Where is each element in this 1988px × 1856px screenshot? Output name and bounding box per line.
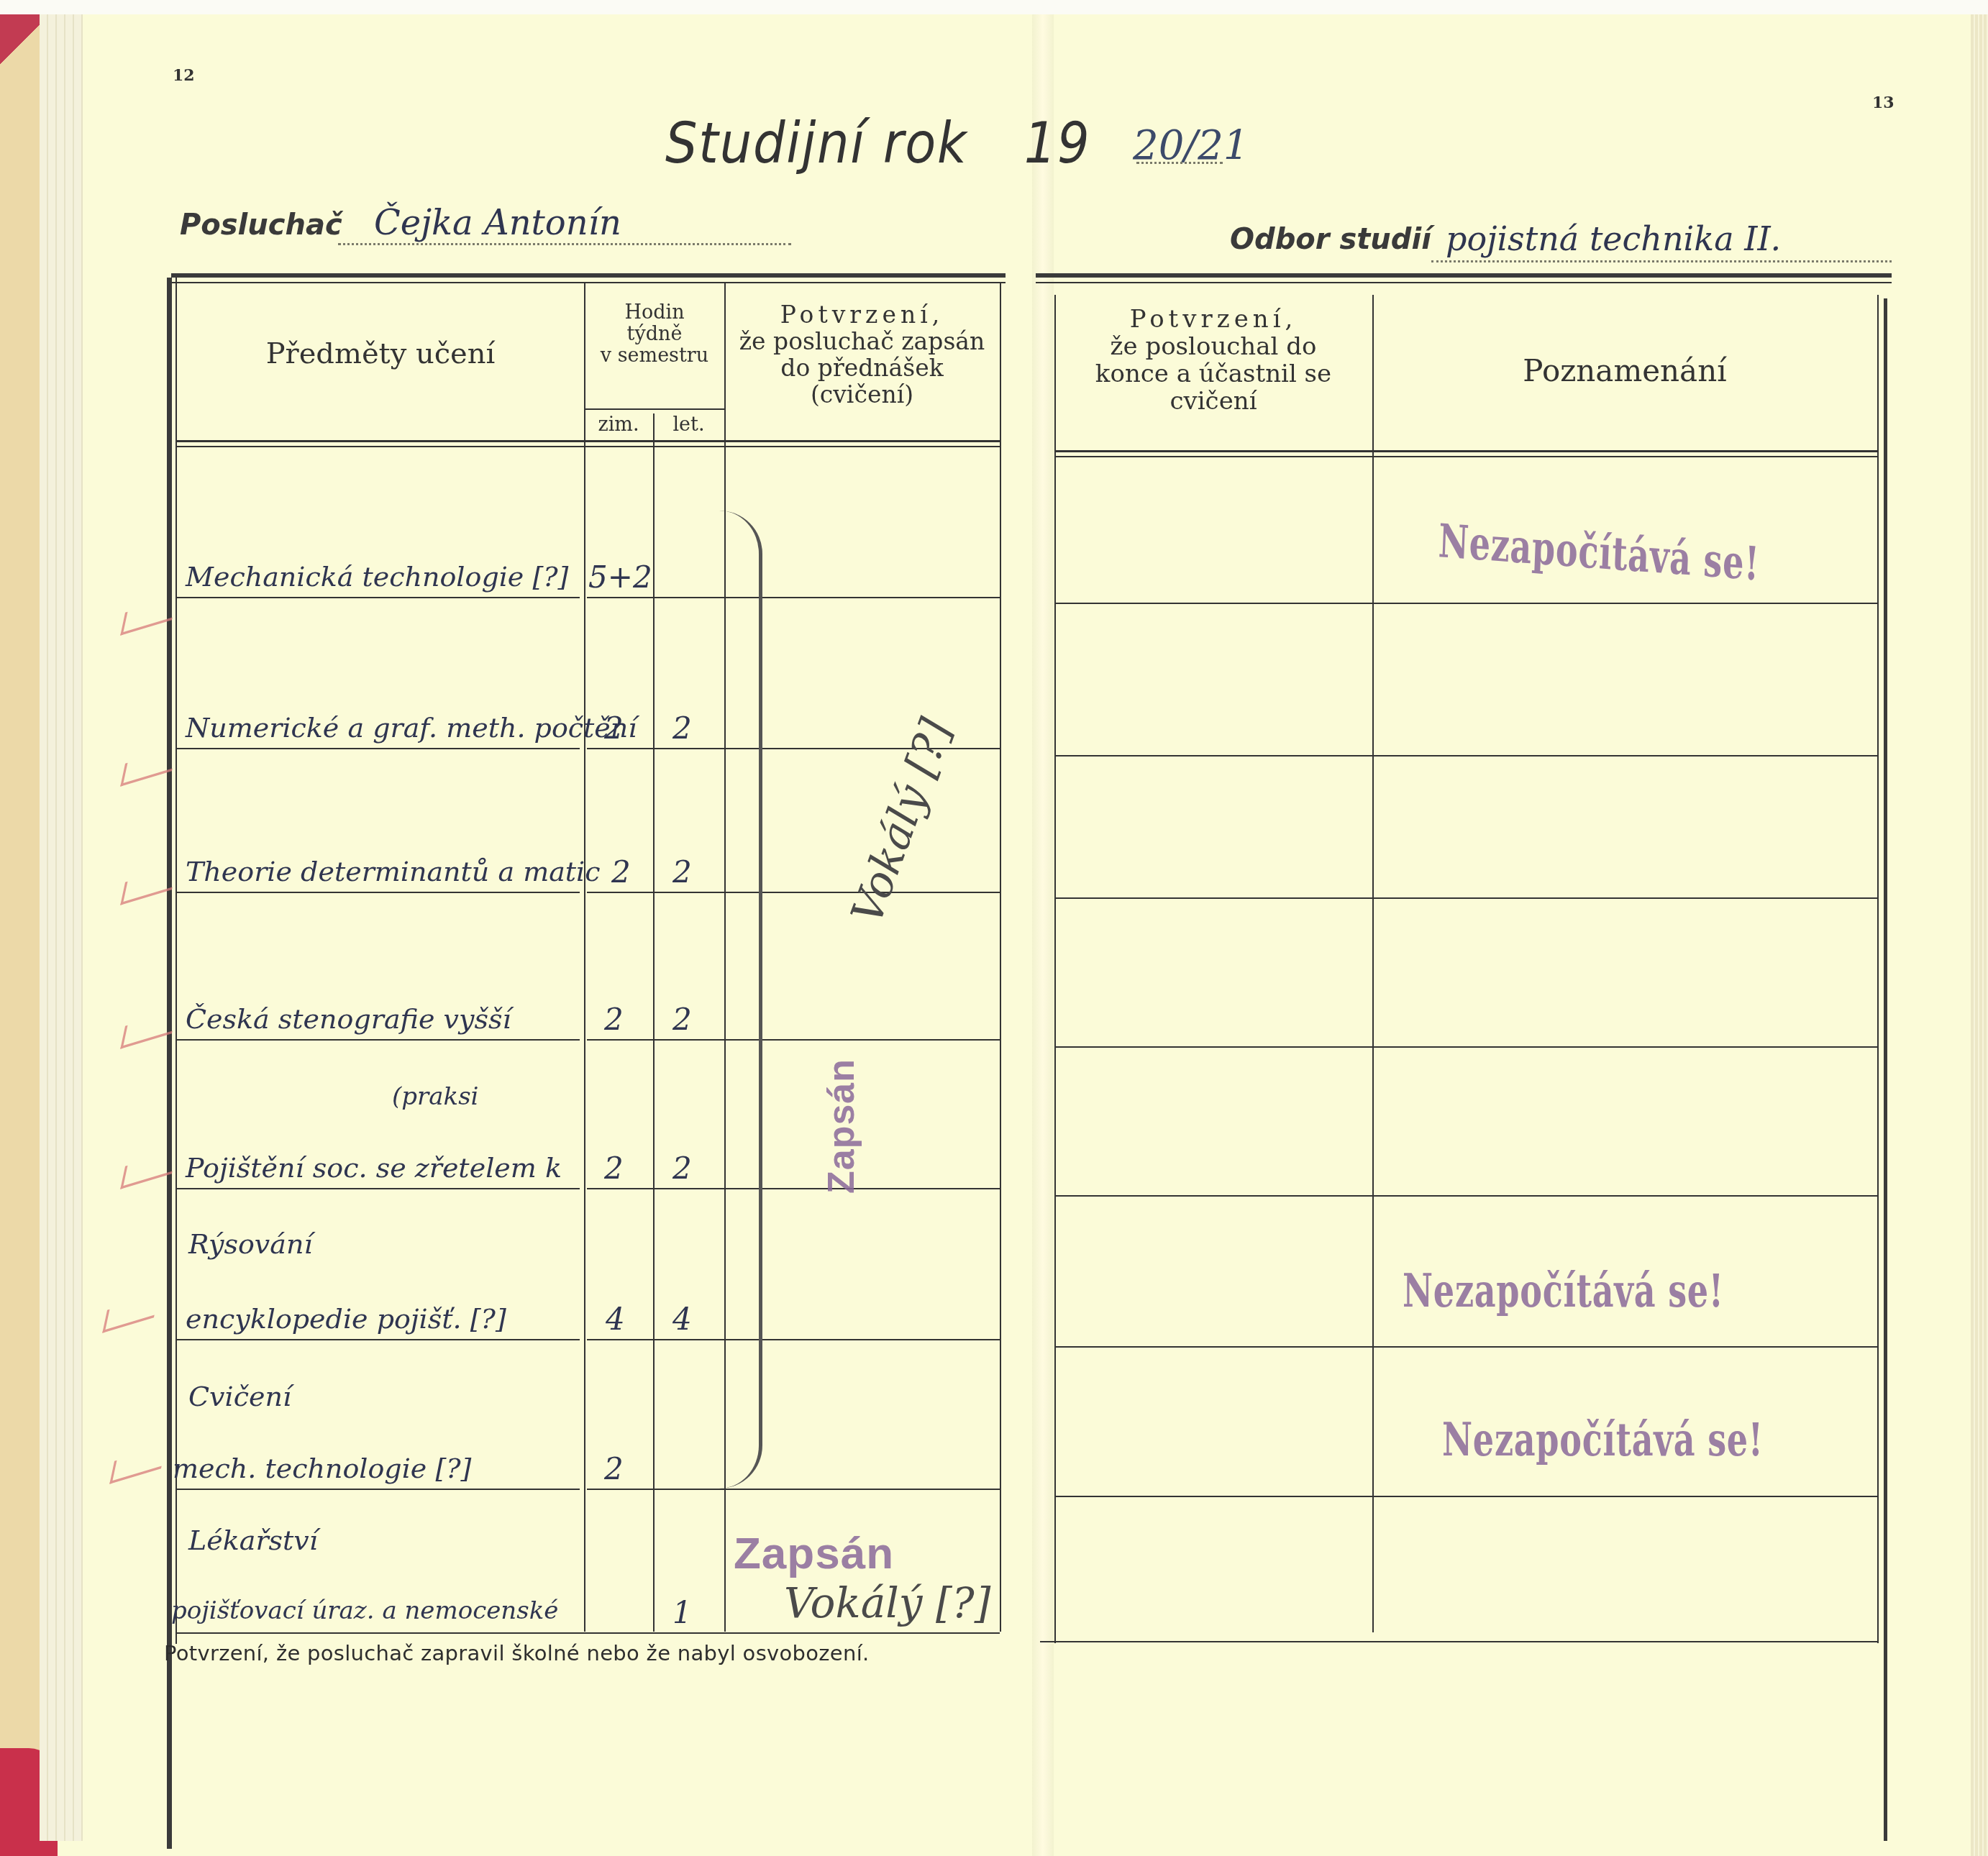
row-5-winter: 2 [604, 1151, 624, 1186]
book-gutter [1032, 14, 1054, 1856]
col-divider-hours [584, 283, 585, 1632]
not-counted-stamp-1: Nezapočítává se! [1438, 514, 1761, 591]
header-enrol-line3: do přednášek [724, 355, 1000, 382]
row-2-subject: Numerické a graf. meth. počtění [186, 712, 637, 744]
department-dotted-line [1431, 260, 1892, 262]
header-bottom-rule [177, 440, 1000, 442]
header-attend-line4: cvičení [1054, 388, 1372, 415]
row-line-1b [587, 597, 1000, 598]
row-4-subject: Česká stenografie vyšší [186, 1003, 511, 1035]
right-row-line-7 [1054, 1496, 1877, 1497]
signature-vertical: Vokálý [?] [842, 713, 962, 931]
row-6-summer: 4 [672, 1302, 692, 1337]
right-row-line-6 [1054, 1346, 1877, 1348]
header-hours-line1: Hodin [584, 302, 725, 324]
row-5-subject: Pojištění soc. se zřetelem k [186, 1152, 562, 1184]
student-dotted-line [338, 243, 791, 245]
header-hours-line2: týdně [584, 324, 725, 345]
row-line-5b [587, 1188, 1000, 1189]
row-3-winter: 2 [611, 854, 631, 890]
not-counted-stamp-2: Nezapočítává se! [1403, 1264, 1724, 1318]
row-2-summer: 2 [672, 710, 692, 746]
row-line-7b [587, 1489, 1000, 1490]
header-enrol-line1: Potvrzení, [724, 302, 1000, 329]
header-hours: Hodin týdně v semestru [584, 302, 725, 367]
header-attend-line1: Potvrzení, [1054, 306, 1372, 333]
row-8-summer: 1 [672, 1595, 692, 1630]
right-row-line-8 [1040, 1641, 1879, 1642]
right-row-line-2 [1054, 755, 1877, 756]
page-stack-right [1971, 14, 1988, 1856]
right-row-line-1 [1054, 603, 1877, 604]
left-table-top-rule-thin [171, 282, 1006, 283]
row-8-subject-line2: pojišťovací úraz. a nemocenské [171, 1596, 558, 1625]
department-label: Odbor studií [1230, 223, 1431, 256]
right-page-number: 13 [1872, 93, 1894, 112]
header-enrol-line2: že posluchač zapsán [724, 329, 1000, 355]
department-handwritten: pojistná technika II. [1446, 219, 1781, 258]
hours-subheader-line [584, 408, 724, 410]
header-attend-line2: že poslouchal do [1054, 333, 1372, 360]
tuition-confirmation-note: Potvrzení, že posluchač zapravil školné … [164, 1641, 870, 1665]
left-table-right-border [1000, 283, 1001, 1632]
row-6-subject: Rýsování [188, 1228, 313, 1260]
row-line-8 [177, 1632, 1000, 1634]
student-label: Posluchač [180, 209, 342, 242]
year-dotted-line [1136, 162, 1223, 164]
right-col-divider [1372, 295, 1374, 1632]
header-subjects: Předměty učení [177, 338, 584, 370]
row-line-4b [587, 1039, 1000, 1041]
enrolled-stamp-vertical: Zapsán [820, 1059, 863, 1194]
book-spread: 12 13 Studijní rok 19 20/21 Posluchač Če… [0, 14, 1988, 1856]
signature-horizontal: Vokálý [?] [784, 1578, 990, 1627]
right-table-inner-border [1877, 295, 1879, 1643]
row-7-winter: 2 [604, 1451, 624, 1486]
title-text: Studijní rok [665, 111, 968, 176]
header-attend-line3: konce a účastnil se [1054, 360, 1372, 388]
right-row-line-5 [1054, 1195, 1877, 1197]
right-table-left-border [1054, 295, 1056, 1643]
right-row-line-4 [1054, 1046, 1877, 1048]
header-summer: let. [653, 414, 724, 436]
header-attendance-confirmation: Potvrzení, že poslouchal do konce a účas… [1054, 306, 1372, 415]
row-3-subject: Theorie determinantů a matic [186, 856, 601, 887]
row-line-6b [587, 1339, 1000, 1340]
handwritten-brace [708, 511, 762, 1489]
not-counted-stamp-3: Nezapočítává se! [1442, 1413, 1764, 1467]
header-enrol-line4: (cvičení) [724, 382, 1000, 408]
row-line-7 [177, 1489, 580, 1490]
red-tick-6 [102, 1294, 158, 1332]
cover-corner-top [0, 14, 40, 65]
row-line-3b [587, 892, 1000, 893]
row-6-winter: 4 [606, 1302, 625, 1337]
row-2-winter: 2 [604, 710, 624, 746]
row-7-subject: Cvičení [188, 1381, 291, 1412]
cover-edge [0, 14, 41, 1856]
row-5-summer: 2 [672, 1151, 692, 1186]
page-title: Studijní rok 19 [665, 111, 1091, 176]
row-line-1 [177, 597, 580, 598]
left-table-top-rule [171, 273, 1006, 278]
row-4-winter: 2 [604, 1002, 624, 1037]
right-table-top-rule-thin [1036, 282, 1892, 283]
left-page-number: 12 [173, 66, 195, 85]
page-stack-left [40, 14, 83, 1841]
row-1-subject: Mechanická technologie [?] [186, 561, 568, 593]
student-name-handwritten: Čejka Antonín [374, 203, 621, 243]
row-line-2 [177, 748, 580, 749]
row-1-winter: 5+2 [588, 559, 652, 595]
row-line-6 [177, 1339, 580, 1340]
right-table-outer-border [1884, 298, 1887, 1841]
red-tick-7 [109, 1445, 165, 1484]
row-3-summer: 2 [672, 854, 692, 890]
row-line-5 [177, 1188, 580, 1189]
left-table-border-inner [175, 278, 177, 1644]
row-line-4 [177, 1039, 580, 1041]
right-header-bottom-rule [1054, 450, 1879, 452]
right-table-top-rule [1036, 273, 1892, 278]
right-header-bottom-rule-2 [1054, 456, 1879, 457]
header-bottom-rule-2 [177, 446, 1000, 447]
header-winter: zim. [584, 414, 653, 436]
row-4-summer: 2 [672, 1002, 692, 1037]
year-printed: 19 [1024, 111, 1091, 176]
header-remarks: Poznamenání [1372, 354, 1877, 388]
right-row-line-3 [1054, 897, 1877, 899]
row-8-subject: Lékařství [188, 1524, 318, 1556]
row-7-subject-line2: mech. technologie [?] [173, 1453, 471, 1484]
header-hours-line3: v semestru [584, 345, 725, 367]
row-6-subject-line2: encyklopedie pojišť. [?] [186, 1303, 506, 1335]
enrolled-stamp-horizontal: Zapsán [734, 1528, 894, 1579]
row-5-subject-note: (praksi [392, 1082, 478, 1111]
row-line-3 [177, 892, 580, 893]
header-enrolment-confirmation: Potvrzení, že posluchač zapsán do předná… [724, 302, 1000, 408]
